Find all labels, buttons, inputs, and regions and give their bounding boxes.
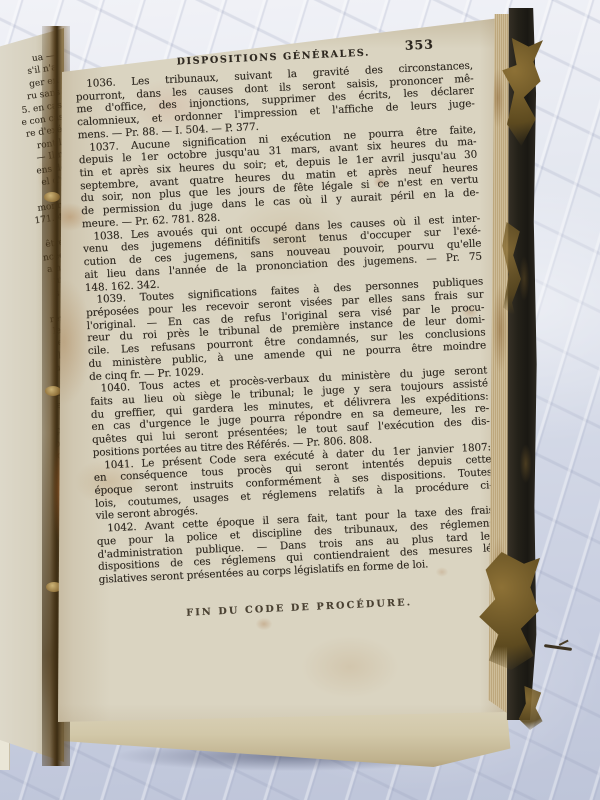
book-photo: ua —s'il n'ager enru sans5. en case con … (0, 0, 600, 800)
binding-stitch (45, 386, 61, 396)
right-page: 353 DISPOSITIONS GÉNÉRALES. 1036. Les tr… (50, 12, 512, 748)
page-text-block: 353 DISPOSITIONS GÉNÉRALES. 1036. Les tr… (74, 43, 498, 623)
article-list: 1036. Les tribunaux, suivant la gravité … (75, 60, 497, 587)
binding-stitch (44, 192, 60, 202)
end-of-code-note: FIN DU CODE DE PROCÉDURE. (100, 593, 498, 623)
page-number: 353 (404, 36, 434, 52)
